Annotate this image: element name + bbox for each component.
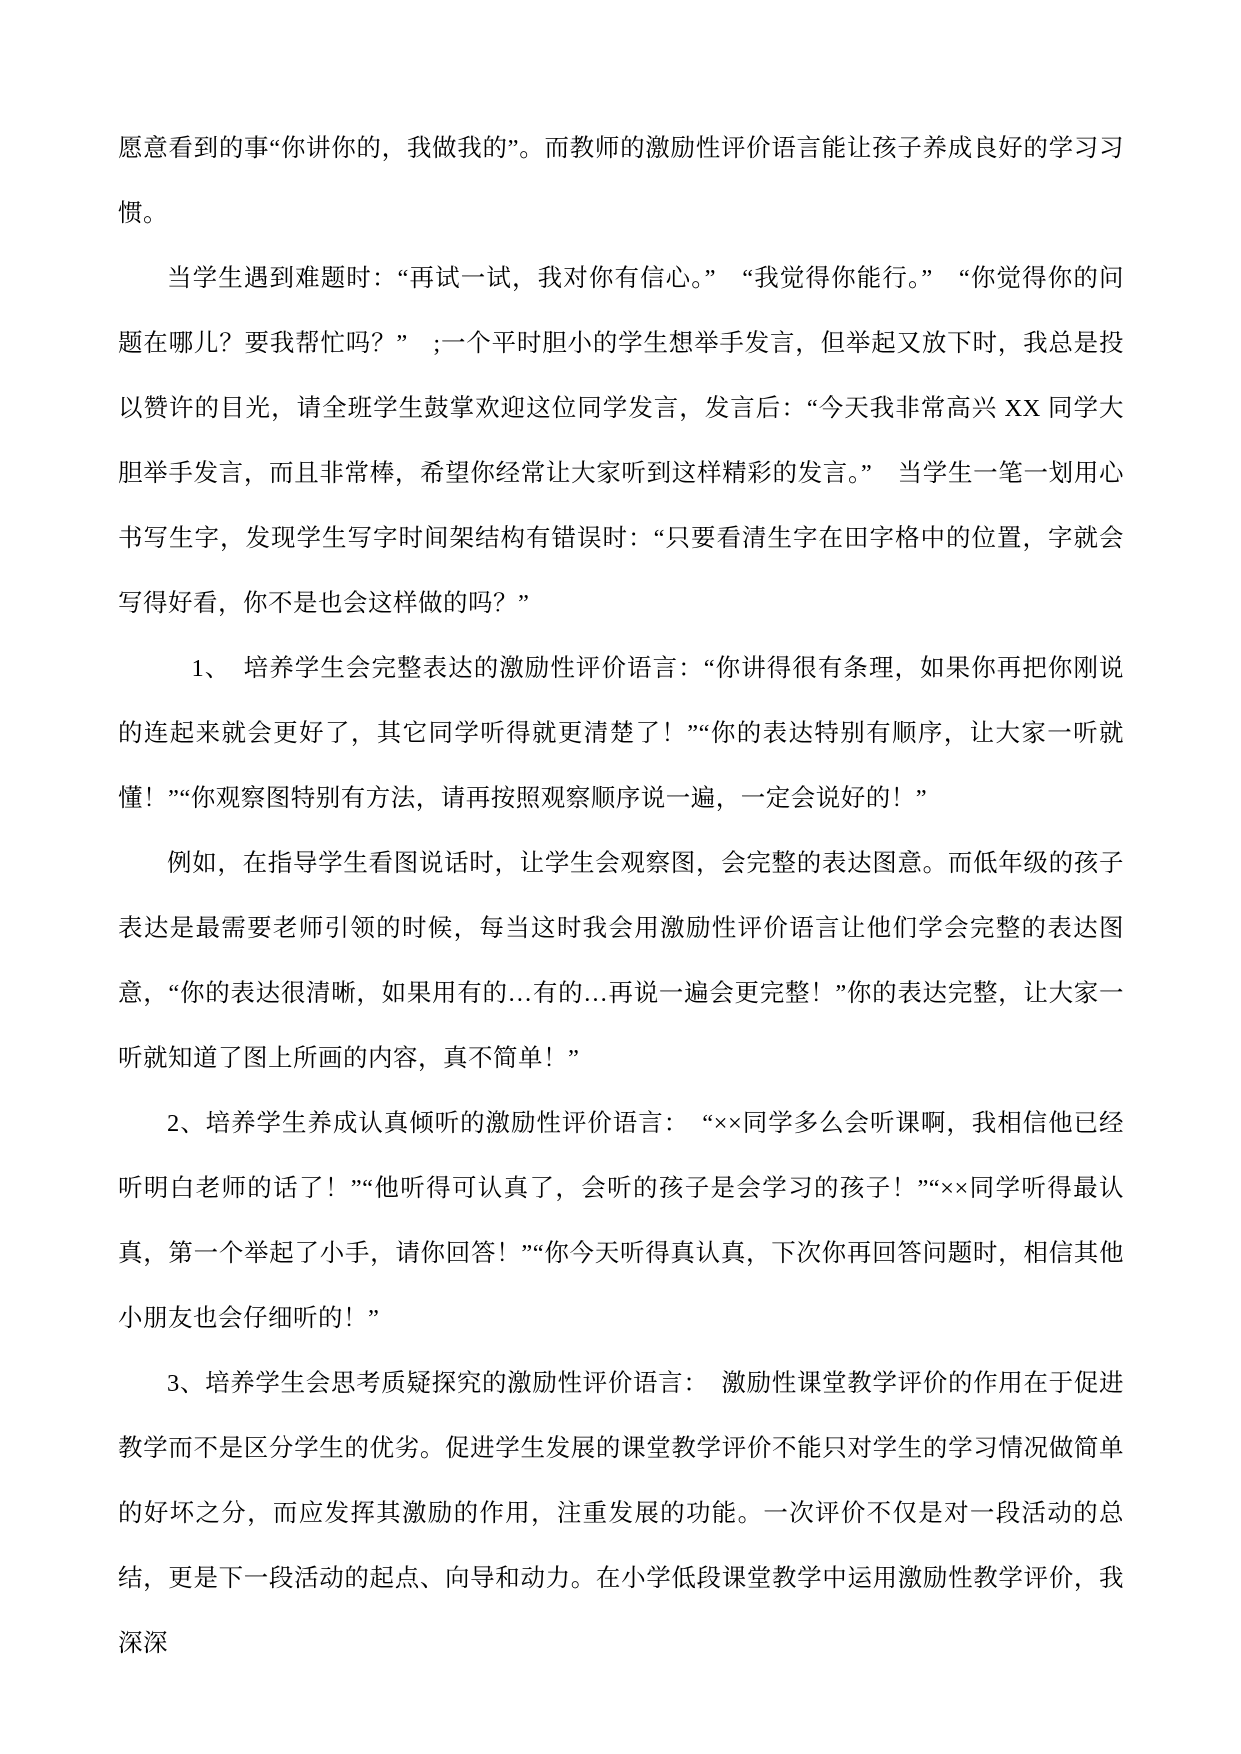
paragraph-when-students-difficulty: 当学生遇到难题时：“再试一试，我对你有信心。” “我觉得你能行。” “你觉得你的…: [118, 246, 1124, 636]
document-page: 愿意看到的事“你讲你的，我做我的”。而教师的激励性评价语言能让孩子养成良好的学习…: [0, 0, 1241, 1754]
paragraph-item-3-thinking-inquiry: 3、培养学生会思考质疑探究的激励性评价语言： 激励性课堂教学评价的作用在于促进教…: [118, 1351, 1124, 1676]
paragraph-continuation: 愿意看到的事“你讲你的，我做我的”。而教师的激励性评价语言能让孩子养成良好的学习…: [118, 116, 1124, 246]
paragraph-item-2-careful-listening: 2、培养学生养成认真倾听的激励性评价语言： “××同学多么会听课啊，我相信他已经…: [118, 1091, 1124, 1351]
paragraph-item-1-complete-expression: 1、 培养学生会完整表达的激励性评价语言：“你讲得很有条理，如果你再把你刚说的连…: [118, 636, 1124, 831]
paragraph-example-picture-talk: 例如，在指导学生看图说话时，让学生会观察图，会完整的表达图意。而低年级的孩子表达…: [118, 831, 1124, 1091]
